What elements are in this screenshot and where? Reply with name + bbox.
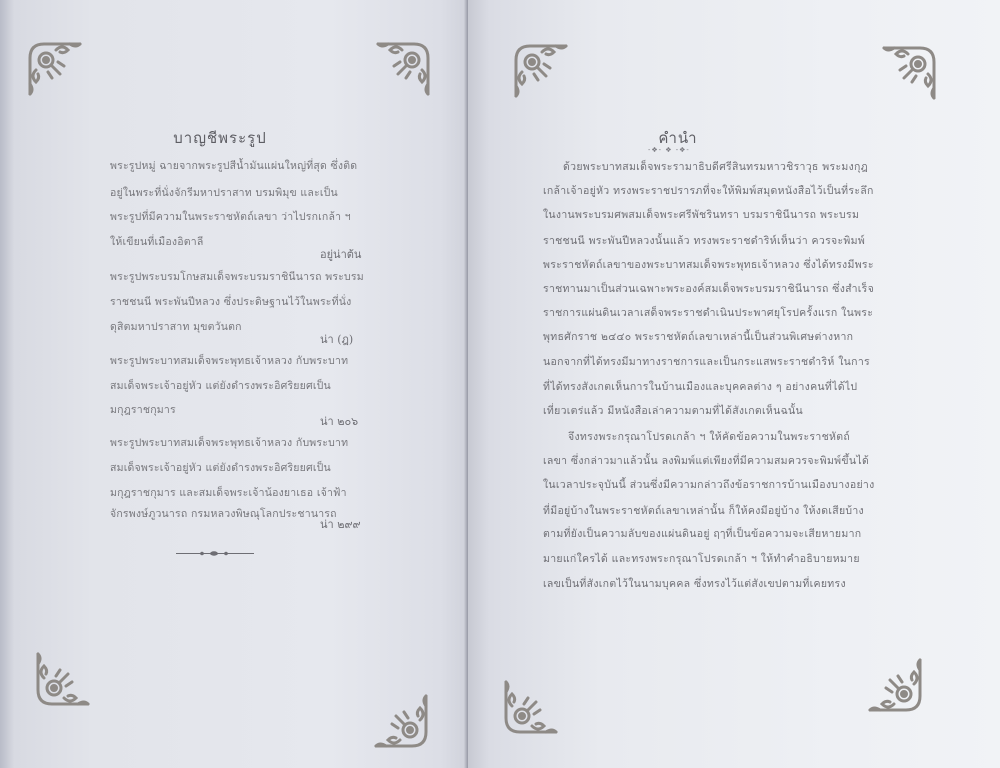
entry-line: มกุฎราชกุมาร [110, 401, 176, 418]
entry-line: พระรูปหมู่ ฉายจากพระรูปสีน้ำมันแผ่นใหญ่ท… [110, 157, 357, 174]
paragraph-line: ที่มีอยู่บ้างในพระราชหัตถ์เลขาเหล่านั้น … [543, 502, 864, 519]
entry-line: ดุสิตมหาปราสาท มุขตวันตก [110, 318, 242, 335]
paragraph-line: ที่ได้ทรงสังเกตเห็นการในบ้านเมืองและบุคค… [543, 378, 857, 395]
right-page: คำนำ -❖- ❖ -❖- ด้วยพระบาทสมเด็จพระรามาธิ… [468, 0, 1000, 768]
corner-ornament-icon [508, 38, 572, 102]
paragraph-line: ในเวลาประจุบันนี้ ส่วนซึ่งมีความกล่าวถึง… [543, 476, 875, 493]
paragraph-line: มายแก่ใครได้ และทรงพระกรุณาโปรดเกล้า ฯ ใ… [543, 550, 860, 567]
page-edge-shadow [0, 0, 14, 768]
corner-ornament-icon [22, 36, 86, 100]
corner-ornament-icon [370, 690, 434, 754]
entry-line: อยู่ในพระที่นั่งจักรีมหาปราสาท บรมพิมุข … [110, 184, 338, 201]
paragraph-line: ตามที่ยังเป็นความลับของแผ่นดินอยู่ ฤๅที่… [543, 525, 861, 542]
paragraph-line: เลขเป็นที่สังเกตไว้ในนามบุคคล ซึ่งทรงไว้… [543, 575, 846, 592]
page-reference: น่า (ฎ) [320, 330, 353, 348]
entry-line: มกุฎราชกุมาร และสมเด็จพระเจ้าน้องยาเธอ เ… [110, 484, 347, 501]
paragraph-line: จึงทรงพระกรุณาโปรดเกล้า ฯ ให้คัดข้อความใ… [568, 428, 850, 445]
entry-line: จักรพงษ์ภูวนารถ กรมหลวงพิษณุโลกประชานารถ [110, 505, 337, 522]
left-page-title: บาญชีพระรูป [160, 126, 280, 150]
paragraph-line: เกล้าเจ้าอยู่หัว ทรงพระราชปรารภที่จะให้พ… [543, 182, 874, 199]
left-page: บาญชีพระรูป พระรูปหมู่ ฉายจากพระรูปสีน้ำ… [0, 0, 468, 768]
paragraph-line: พระราชหัตถ์เลขาของพระบาทสมเด็จพระพุทธเจ้… [543, 256, 874, 273]
paragraph-line: นอกจากที่ได้ทรงมีมาทางราชการและเป็นกระแส… [543, 353, 870, 370]
corner-ornament-icon [498, 676, 562, 740]
corner-ornament-icon [878, 40, 942, 104]
page-reference: น่า ๒๙๙ [320, 515, 361, 533]
entry-line: สมเด็จพระเจ้าอยู่หัว แต่ยังดำรงพระอิศริย… [110, 459, 331, 476]
page-reference: น่า ๒๐๖ [320, 412, 358, 430]
title-ornament-icon: -❖- ❖ -❖- [648, 146, 690, 154]
paragraph-line: ด้วยพระบาทสมเด็จพระรามาธิบดีศรีสินทรมหาว… [563, 158, 868, 175]
entry-line: ให้เขียนที่เมืองอิตาลี [110, 233, 203, 250]
paragraph-line: ในงานพระบรมศพสมเด็จพระศรีพัชรินทรา บรมรา… [543, 206, 859, 223]
paragraph-line: ราชการแผ่นดินเวลาเสด็จพระราชดำเนินประพาศ… [543, 304, 873, 321]
open-book-spread: บาญชีพระรูป พระรูปหมู่ ฉายจากพระรูปสีน้ำ… [0, 0, 1000, 768]
entry-line: พระรูปที่มีความในพระราชหัตถ์เลขา ว่าไปรก… [110, 208, 351, 225]
paragraph-line: เที่ยวเตร่แล้ว มีหนังสือเล่าความตามที่ได… [543, 402, 803, 419]
section-divider-icon [176, 550, 254, 558]
corner-ornament-icon [864, 654, 928, 718]
entry-line: พระรูปพระบาทสมเด็จพระพุทธเจ้าหลวง กับพระ… [110, 434, 348, 451]
entry-line: พระรูปพระบาทสมเด็จพระพุทธเจ้าหลวง กับพระ… [110, 352, 348, 369]
corner-ornament-icon [372, 36, 436, 100]
paragraph-line: เลขา ซึ่งกล่าวมาแล้วนั้น ลงพิมพ์แต่เพียง… [543, 452, 869, 469]
paragraph-line: ราชทานมาเป็นส่วนเฉพาะพระองค์สมเด็จพระบรม… [543, 280, 874, 297]
entry-line: พระรูปพระบรมโกษสมเด็จพระบรมราชินีนารถ พร… [110, 268, 364, 285]
entry-line: ราชชนนี พระพันปีหลวง ซึ่งประดิษฐานไว้ในพ… [110, 293, 351, 310]
paragraph-line: พุทธศักราช ๒๔๔๐ พระราชหัตถ์เลขาเหล่านี้เ… [543, 328, 853, 345]
page-reference: อยู่น่าต้น [320, 245, 361, 263]
paragraph-line: ราชชนนี พระพันปีหลวงนั้นแล้ว ทรงพระราชดำ… [543, 232, 865, 249]
entry-line: สมเด็จพระเจ้าอยู่หัว แต่ยังดำรงพระอิศริย… [110, 377, 331, 394]
corner-ornament-icon [30, 648, 94, 712]
